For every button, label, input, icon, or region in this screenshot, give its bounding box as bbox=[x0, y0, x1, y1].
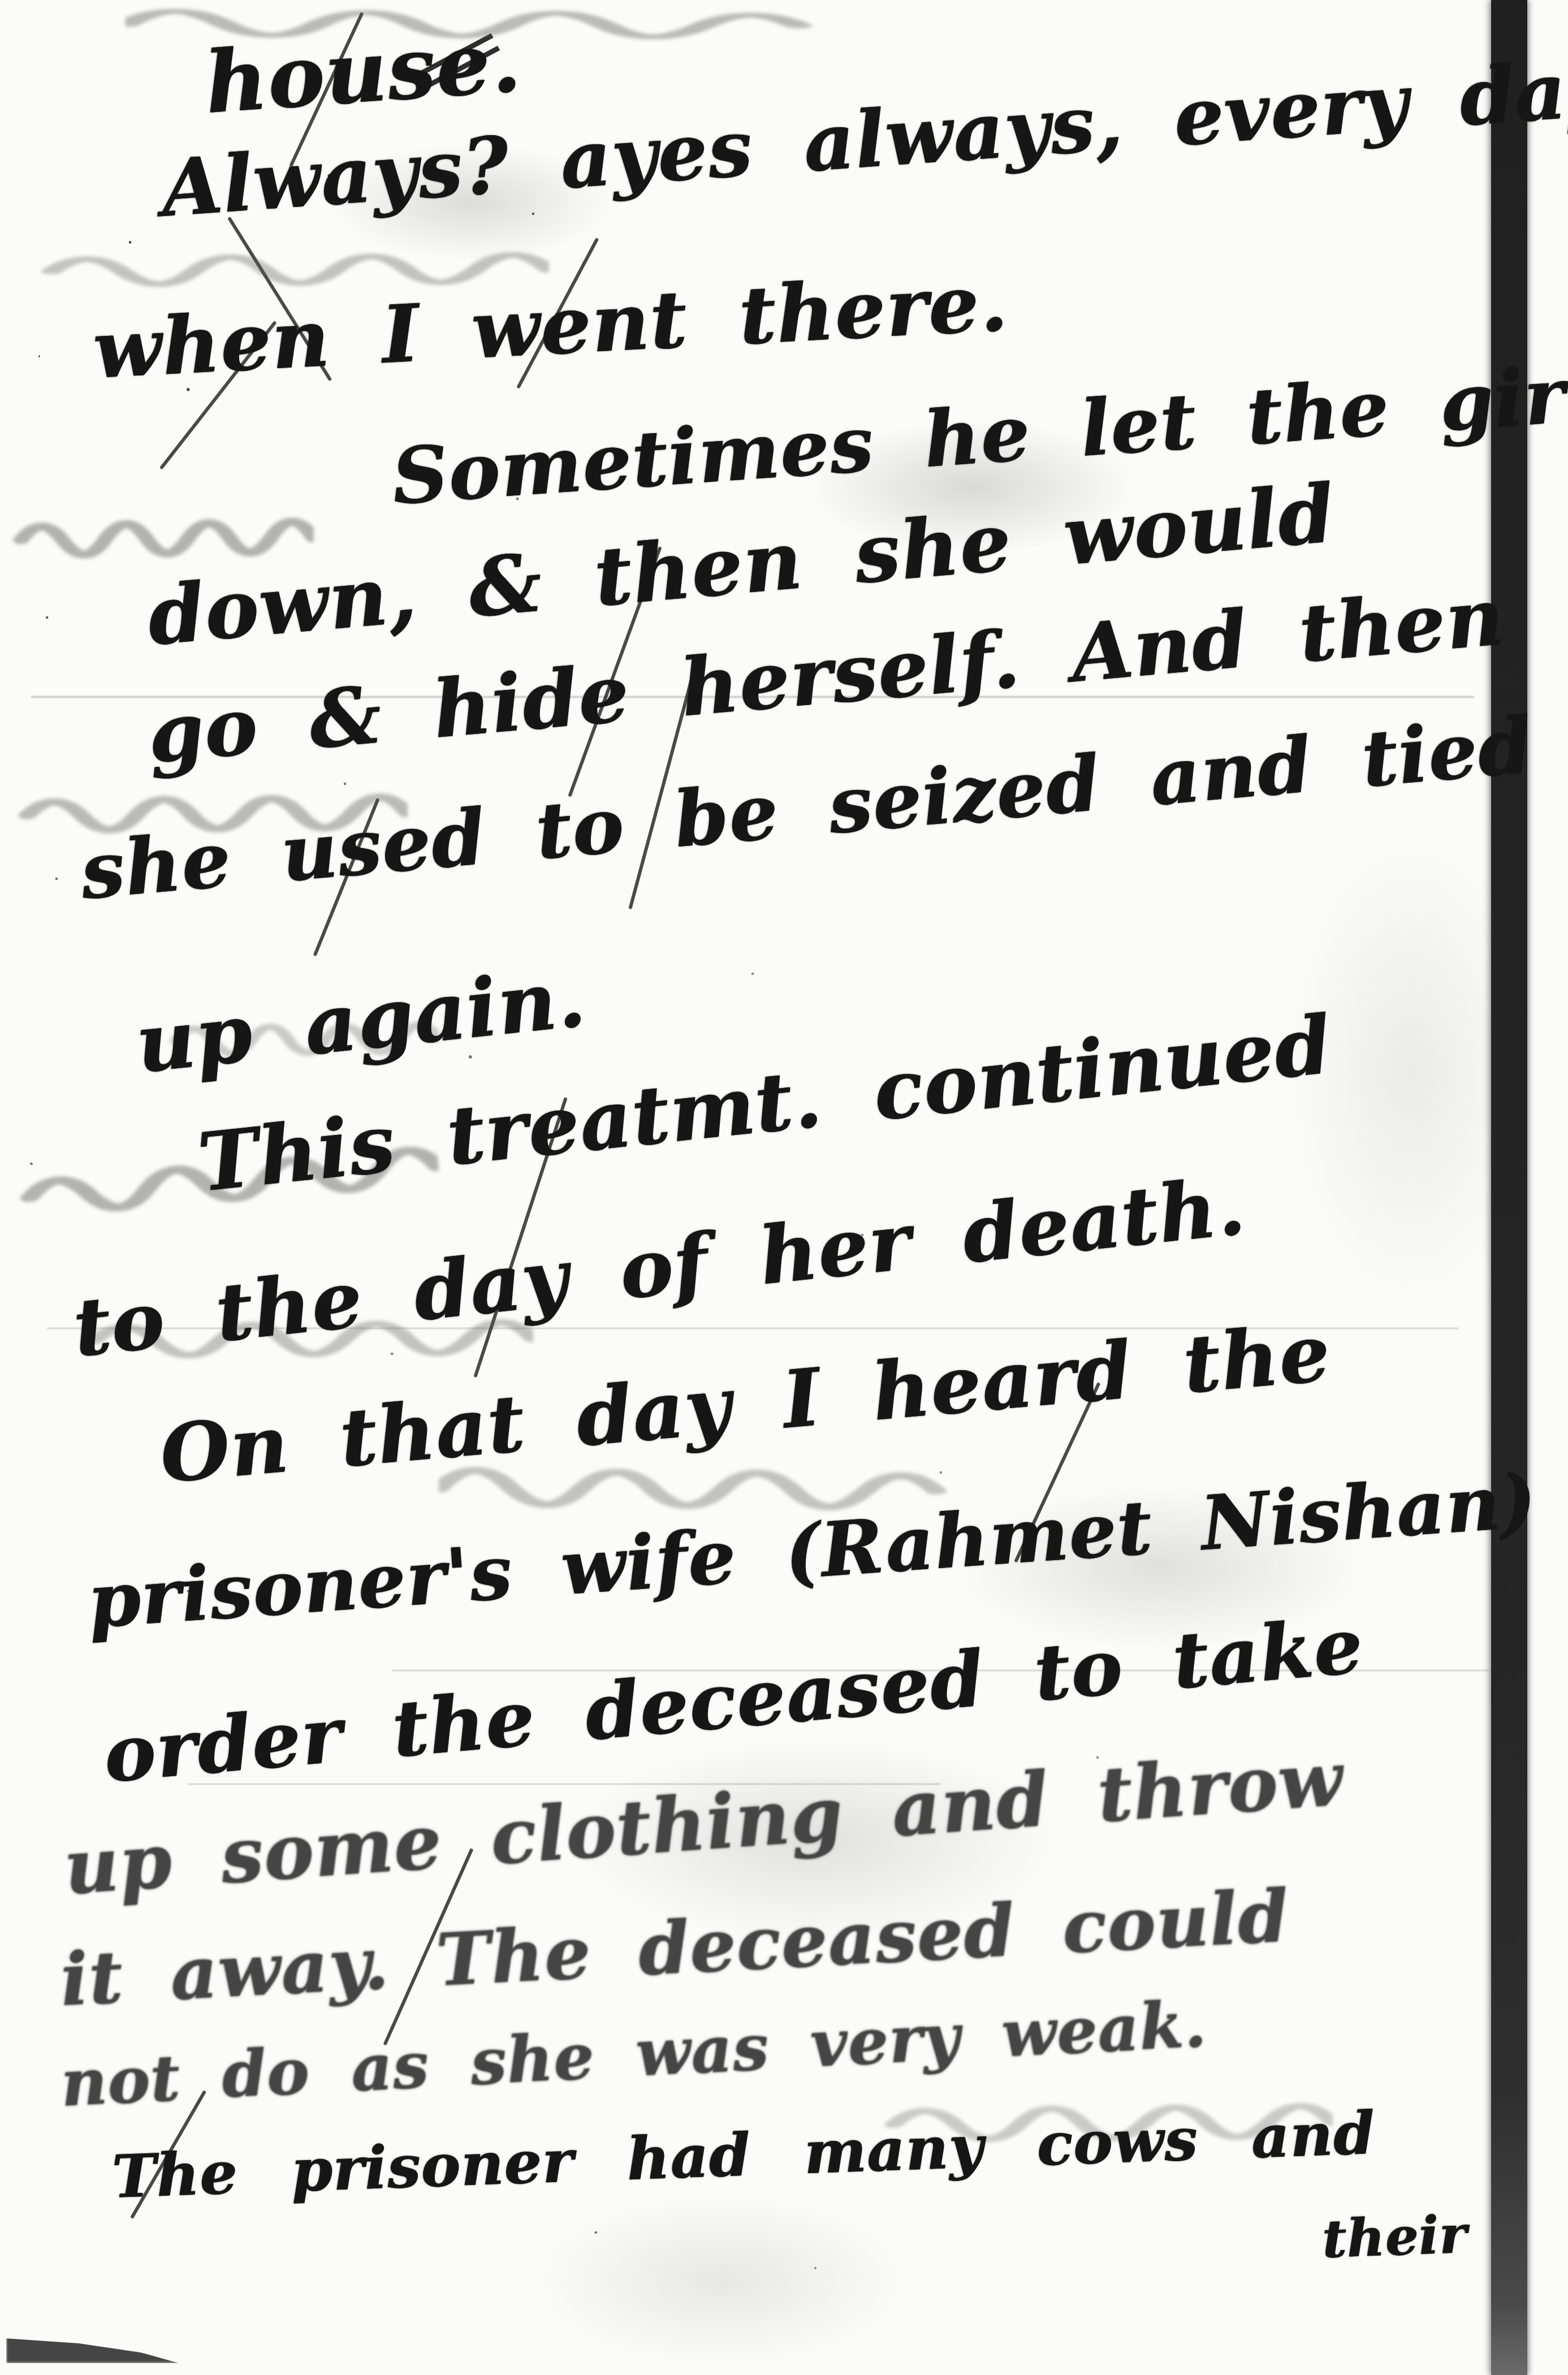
manuscript-line: The prisoner had many cows and bbox=[110, 2098, 1376, 2212]
manuscript-line: up again. bbox=[131, 951, 589, 1091]
bleed-through-scrawl bbox=[0, 513, 314, 564]
manuscript-line: Sometimes he let the girl bbox=[389, 348, 1568, 522]
manuscript-page: house. Always? ayes always, every day wh… bbox=[0, 0, 1568, 2375]
page-corner-shadow bbox=[6, 2325, 179, 2363]
manuscript-line catchword: their bbox=[1321, 2204, 1468, 2270]
